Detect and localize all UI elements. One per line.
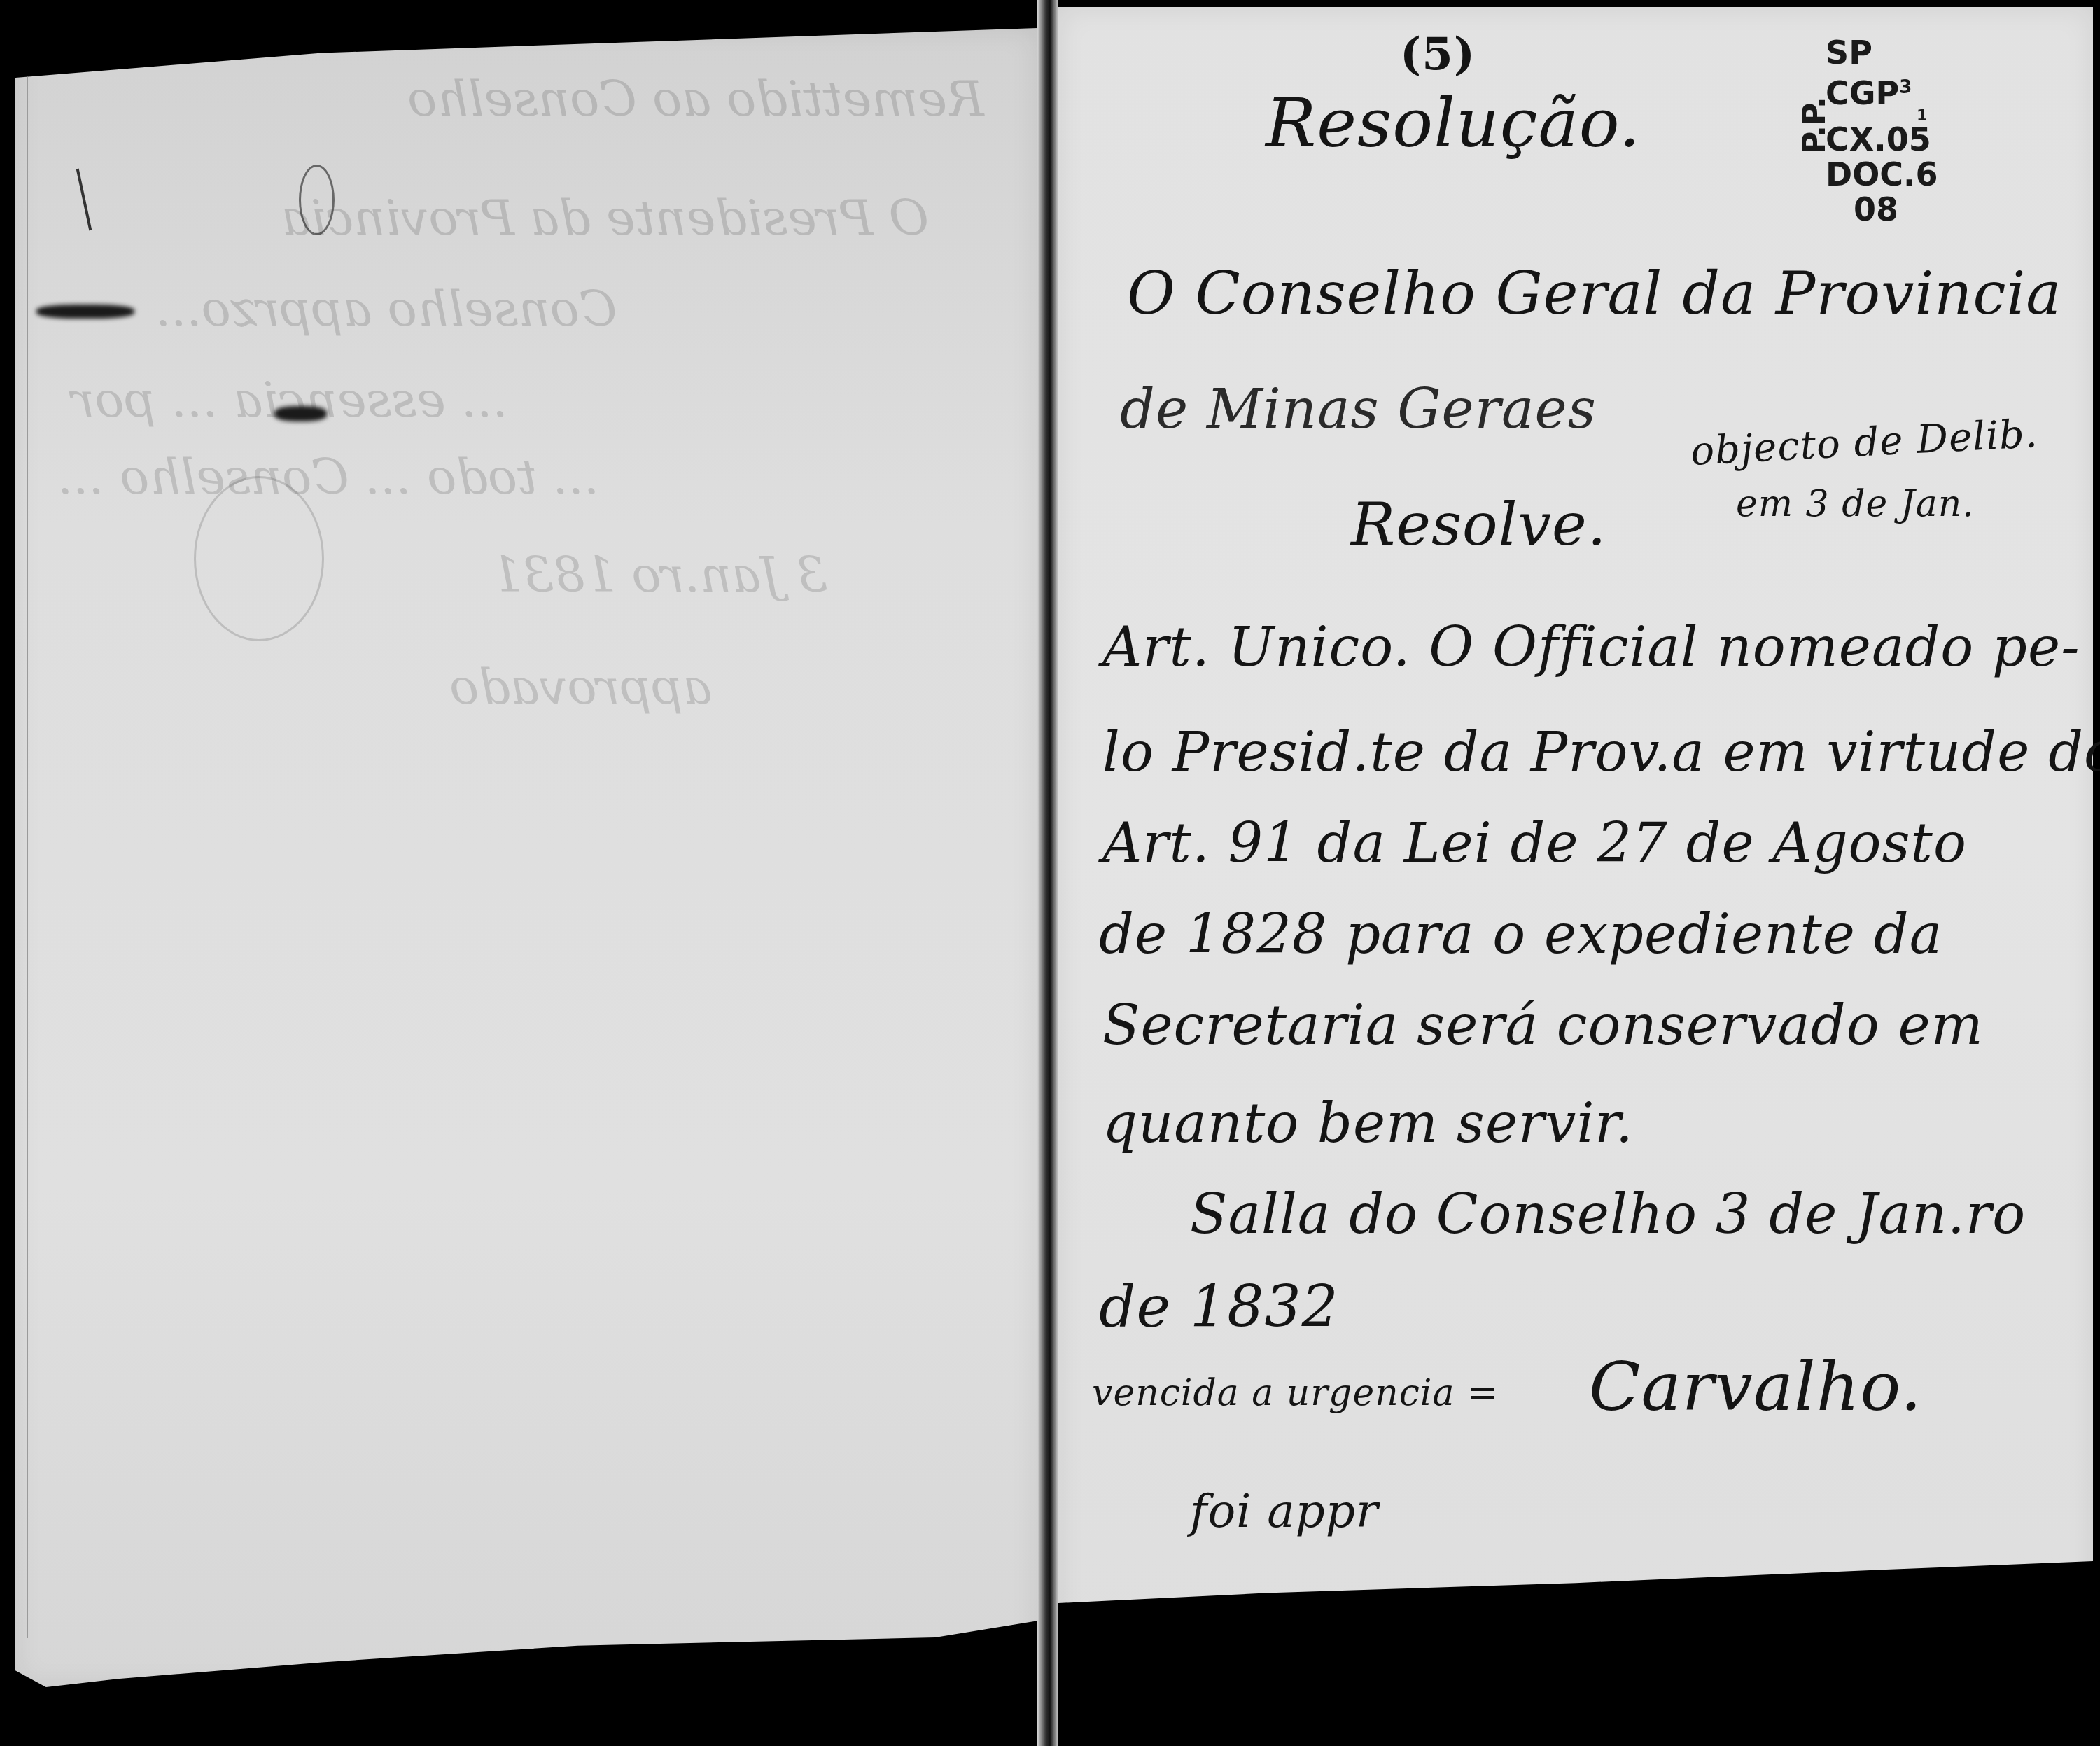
stamp-line: DOC.6 <box>1826 157 1966 192</box>
left-page: Remettido ao Conselho O Presidente da Pr… <box>15 28 1037 1687</box>
bleed-through-line: Remettido ao Conselho <box>407 70 984 127</box>
stamp-line: 08 <box>1826 192 1966 227</box>
bleed-through-line: Conselho apprzo... <box>155 280 617 337</box>
document-heading: Resolução. <box>1266 84 1641 162</box>
ink-loop-mark <box>299 165 335 235</box>
bleed-through-line: approvado <box>449 658 712 715</box>
body-line: Secretaria será conservado em <box>1102 994 1984 1057</box>
body-line: quanto bem servir. <box>1102 1092 1634 1155</box>
bleed-through-line: ... todo ... Conselho ... <box>57 448 599 505</box>
preamble-line: O Conselho Geral da Provincia <box>1127 259 2061 328</box>
ink-dot <box>46 45 56 50</box>
page-number: (5) <box>1400 28 1476 81</box>
bleed-through-line: 3 Jan.ro 1831 <box>491 546 827 603</box>
stamp-line: CX.05 <box>1826 122 1966 157</box>
binding-gutter <box>1037 0 1058 1746</box>
bleed-through-line: O Presidente da Provincia <box>281 189 929 246</box>
body-line: lo Presid.te da Prov.a em virtude do <box>1102 721 2100 784</box>
seal-impression <box>194 476 324 641</box>
archive-stamp: SP CGP3 1 CX.05 DOC.6 08 P.P. <box>1826 35 1966 227</box>
ink-dot <box>36 49 39 60</box>
body-line: de 1828 para o expediente da <box>1099 903 1942 966</box>
body-line: Art. Unico. O Official nomeado pe- <box>1102 616 2080 679</box>
ink-smudge <box>274 406 327 421</box>
ink-smudge <box>36 305 134 319</box>
preamble-resolve: Resolve. <box>1351 490 1606 559</box>
urgency-note: vencida a urgencia = <box>1092 1372 1499 1414</box>
closing-line: Salla do Conselho 3 de Jan.ro <box>1190 1183 2026 1246</box>
body-line: Art. 91 da Lei de 27 de Agosto <box>1102 812 1967 875</box>
signature: Carvalho. <box>1589 1348 1922 1426</box>
stamp-side-text: P.P. <box>1798 97 1833 154</box>
ink-stroke <box>76 169 92 231</box>
closing-year: de 1832 <box>1099 1274 1339 1341</box>
preamble-line: de Minas Geraes <box>1120 378 1597 441</box>
stamp-line: CGP3 <box>1826 70 1966 111</box>
stamp-line: SP <box>1826 35 1966 70</box>
margin-note-line: em 3 de Jan. <box>1736 483 1975 525</box>
approval-note: foi appr <box>1190 1484 1379 1538</box>
